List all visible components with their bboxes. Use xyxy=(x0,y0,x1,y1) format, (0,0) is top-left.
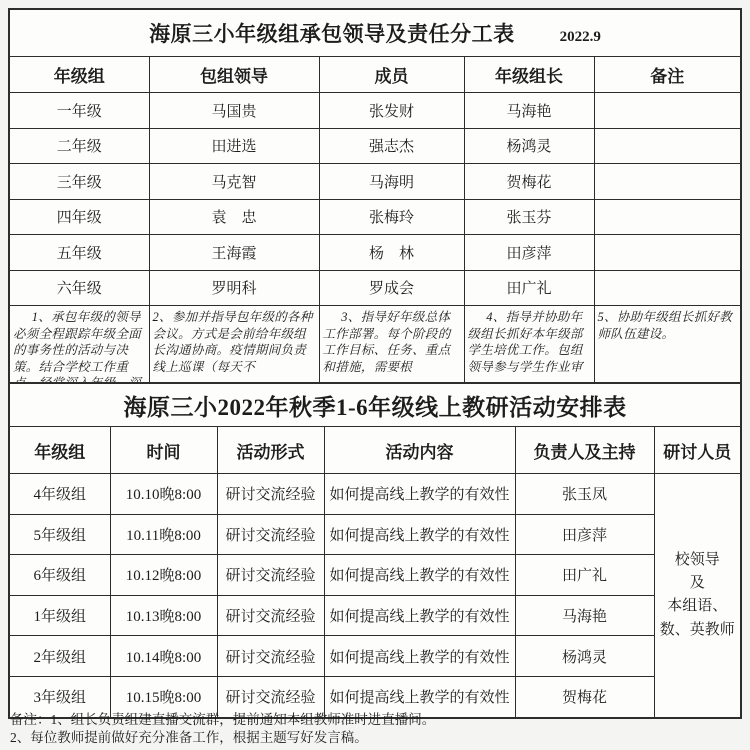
table-cell: 一年级 xyxy=(9,93,149,129)
table-cell: 田广礼 xyxy=(515,555,654,596)
column-header: 包组领导 xyxy=(149,57,319,93)
table1-title-cell: 海原三小年级组承包领导及责任分工表 2022.9 xyxy=(9,9,741,57)
column-header: 年级组 xyxy=(9,427,110,474)
table-cell xyxy=(594,128,741,164)
table-cell: 马海明 xyxy=(319,164,464,200)
table-cell: 五年级 xyxy=(9,235,149,271)
column-header: 活动形式 xyxy=(217,427,324,474)
table-cell: 杨 林 xyxy=(319,235,464,271)
duty-note-cell: 5、协助年级组长抓好教师队伍建设。 xyxy=(594,306,741,390)
table-cell: 6年级组 xyxy=(9,555,110,596)
table-cell: 三年级 xyxy=(9,164,149,200)
table1-title-row: 海原三小年级组承包领导及责任分工表 2022.9 xyxy=(9,9,741,57)
table-cell: 田广礼 xyxy=(464,270,594,306)
table1-duty-notes-row: 1、承包年级的领导必须全程跟踪年级全面的事务性的活动与决策。结合学校工作重点，经… xyxy=(9,306,741,390)
table-cell: 六年级 xyxy=(9,270,149,306)
table-cell: 马克智 xyxy=(149,164,319,200)
table1-date: 2022.9 xyxy=(560,29,601,46)
column-header: 活动内容 xyxy=(324,427,515,474)
table-cell: 如何提高线上教学的有效性 xyxy=(324,474,515,515)
table-cell: 研讨交流经验 xyxy=(217,636,324,677)
footnote-line: 2、每位教师提前做好充分准备工作，根据主题写好发言稿。 xyxy=(10,729,730,747)
table-cell xyxy=(594,235,741,271)
table-cell: 研讨交流经验 xyxy=(217,555,324,596)
table-cell: 田彦萍 xyxy=(515,514,654,555)
table-cell: 罗成会 xyxy=(319,270,464,306)
table-cell: 10.14晚8:00 xyxy=(110,636,217,677)
table-cell: 张发财 xyxy=(319,93,464,129)
table-cell: 10.13晚8:00 xyxy=(110,595,217,636)
table-cell: 10.10晚8:00 xyxy=(110,474,217,515)
table-row: 6年级组10.12晚8:00研讨交流经验如何提高线上教学的有效性田广礼 xyxy=(9,555,741,596)
table-cell: 如何提高线上教学的有效性 xyxy=(324,514,515,555)
table-cell: 袁 忠 xyxy=(149,199,319,235)
table-cell: 四年级 xyxy=(9,199,149,235)
table-row: 五年级王海霞杨 林田彦萍 xyxy=(9,235,741,271)
table-row: 三年级马克智马海明贺梅花 xyxy=(9,164,741,200)
duty-note-cell: 1、承包年级的领导必须全程跟踪年级全面的事务性的活动与决策。结合学校工作重点，经… xyxy=(9,306,149,390)
table-cell: 贺梅花 xyxy=(464,164,594,200)
duty-note: 3、指导好年级总体工作部署。每个阶段的工作目标、任务、重点和措施，需要根 xyxy=(320,306,464,387)
table-cell: 杨鸿灵 xyxy=(515,636,654,677)
table-cell: 张梅玲 xyxy=(319,199,464,235)
table-cell: 研讨交流经验 xyxy=(217,595,324,636)
table-row: 2年级组10.14晚8:00研讨交流经验如何提高线上教学的有效性杨鸿灵 xyxy=(9,636,741,677)
table-cell xyxy=(594,93,741,129)
table2-title-cell: 海原三小2022年秋季1-6年级线上教研活动安排表 xyxy=(9,383,741,427)
table-cell: 张玉凤 xyxy=(515,474,654,515)
table-row: 六年级罗明科罗成会田广礼 xyxy=(9,270,741,306)
table2-title: 海原三小2022年秋季1-6年级线上教研活动安排表 xyxy=(123,395,626,420)
table-cell: 如何提高线上教学的有效性 xyxy=(324,636,515,677)
table-cell: 5年级组 xyxy=(9,514,110,555)
table-cell: 10.12晚8:00 xyxy=(110,555,217,596)
table2-header-row: 年级组 时间 活动形式 活动内容 负责人及主持 研讨人员 xyxy=(9,427,741,474)
table-cell: 1年级组 xyxy=(9,595,110,636)
table-row: 4年级组10.10晚8:00研讨交流经验如何提高线上教学的有效性张玉凤校领导 及… xyxy=(9,474,741,515)
table-cell: 田进选 xyxy=(149,128,319,164)
research-schedule-table: 海原三小2022年秋季1-6年级线上教研活动安排表 年级组 时间 活动形式 活动… xyxy=(8,382,742,719)
duty-note-cell: 3、指导好年级总体工作部署。每个阶段的工作目标、任务、重点和措施，需要根 xyxy=(319,306,464,390)
duty-note: 5、协助年级组长抓好教师队伍建设。 xyxy=(595,306,741,387)
table-row: 一年级马国贵张发财马海艳 xyxy=(9,93,741,129)
table-cell: 如何提高线上教学的有效性 xyxy=(324,595,515,636)
table-cell: 张玉芬 xyxy=(464,199,594,235)
table-cell: 马海艳 xyxy=(464,93,594,129)
column-header: 时间 xyxy=(110,427,217,474)
table-cell: 如何提高线上教学的有效性 xyxy=(324,555,515,596)
table1-title: 海原三小年级组承包领导及责任分工表 xyxy=(149,18,515,48)
table-cell xyxy=(594,164,741,200)
table-row: 二年级田进选强志杰杨鸿灵 xyxy=(9,128,741,164)
table-cell: 二年级 xyxy=(9,128,149,164)
column-header: 年级组 xyxy=(9,57,149,93)
duty-note-cell: 2、参加并指导包年级的各种会议。方式是会前给年级组长沟通协商。疫情期间负责线上巡… xyxy=(149,306,319,390)
table-cell xyxy=(594,199,741,235)
table-cell: 4年级组 xyxy=(9,474,110,515)
column-header: 研讨人员 xyxy=(654,427,741,474)
discussants-cell: 校领导 及 本组语、数、英教师 xyxy=(654,474,741,718)
table-row: 四年级袁 忠张梅玲张玉芬 xyxy=(9,199,741,235)
table-cell: 王海霞 xyxy=(149,235,319,271)
grade-assignment-table: 海原三小年级组承包领导及责任分工表 2022.9 年级组 包组领导 成员 年级组… xyxy=(8,8,742,390)
duty-note: 4、指导并协助年级组长抓好本年级部学生培优工作。包组领导参与学生作业审 xyxy=(465,306,594,387)
duty-note: 1、承包年级的领导必须全程跟踪年级全面的事务性的活动与决策。结合学校工作重点，经… xyxy=(10,306,149,387)
table-cell: 马国贵 xyxy=(149,93,319,129)
table2-title-row: 海原三小2022年秋季1-6年级线上教研活动安排表 xyxy=(9,383,741,427)
column-header: 负责人及主持 xyxy=(515,427,654,474)
footnotes: 备注：1、组长负责组建直播交流群，提前通知本组教师准时进直播间。 2、每位教师提… xyxy=(10,711,730,747)
table-cell: 10.11晚8:00 xyxy=(110,514,217,555)
table-cell: 研讨交流经验 xyxy=(217,474,324,515)
table-cell: 强志杰 xyxy=(319,128,464,164)
table1-header-row: 年级组 包组领导 成员 年级组长 备注 xyxy=(9,57,741,93)
table-cell: 马海艳 xyxy=(515,595,654,636)
column-header: 成员 xyxy=(319,57,464,93)
table-cell: 研讨交流经验 xyxy=(217,514,324,555)
duty-note-cell: 4、指导并协助年级组长抓好本年级部学生培优工作。包组领导参与学生作业审 xyxy=(464,306,594,390)
table-row: 5年级组10.11晚8:00研讨交流经验如何提高线上教学的有效性田彦萍 xyxy=(9,514,741,555)
table-cell: 罗明科 xyxy=(149,270,319,306)
table-cell: 杨鸿灵 xyxy=(464,128,594,164)
table-row: 1年级组10.13晚8:00研讨交流经验如何提高线上教学的有效性马海艳 xyxy=(9,595,741,636)
column-header: 备注 xyxy=(594,57,741,93)
footnote-line: 备注：1、组长负责组建直播交流群，提前通知本组教师准时进直播间。 xyxy=(10,711,730,729)
document-page: 海原三小年级组承包领导及责任分工表 2022.9 年级组 包组领导 成员 年级组… xyxy=(0,0,750,750)
table-cell: 2年级组 xyxy=(9,636,110,677)
duty-note: 2、参加并指导包年级的各种会议。方式是会前给年级组长沟通协商。疫情期间负责线上巡… xyxy=(150,306,319,387)
table-cell: 田彦萍 xyxy=(464,235,594,271)
table-cell xyxy=(594,270,741,306)
column-header: 年级组长 xyxy=(464,57,594,93)
